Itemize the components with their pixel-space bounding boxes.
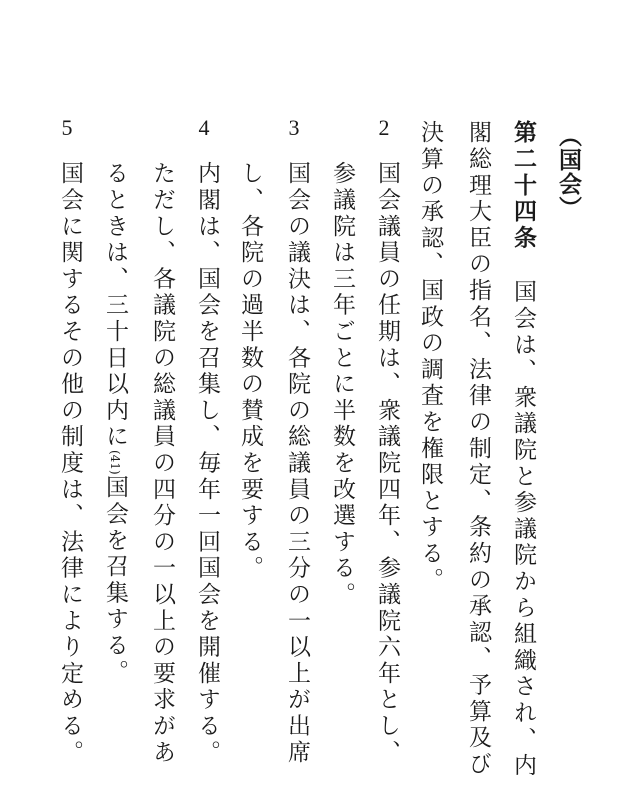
article-number: 第二十四条 <box>510 120 537 252</box>
paragraph-3-line-1: 国会の議決は、各院の総議員の三分の一以上が出席 <box>280 161 310 766</box>
article-line-1: 国会は、衆議院と参議院から組織され、内 <box>510 280 536 780</box>
article-line-2: 閣総理大臣の指名、法律の制定、条約の承認、予算及び <box>461 120 491 778</box>
paragraph-2-number: 2 <box>369 117 399 139</box>
paragraph-4-line-1: 内閣は、国会を召集し、毎年一回国会を開催する。 <box>190 161 220 766</box>
paragraph-4-number: 4 <box>189 117 219 139</box>
page-marker: (41) <box>102 450 128 475</box>
paragraph-4-line-2: ただし、各議院の総議員の四分の一以上の要求があ <box>145 161 175 766</box>
paragraph-5-number: 5 <box>52 117 82 139</box>
article-first-line: 第二十四条国会は、衆議院と参議院から組織され、内 <box>506 120 536 779</box>
paragraph-4-line-4-text: 国会を召集する。 <box>102 475 128 685</box>
paragraph-4-line-3-text: るときは、三十日以内に <box>102 161 128 450</box>
paragraph-2-line-1: 国会議員の任期は、衆議院四年、参議院六年とし、 <box>370 161 400 766</box>
section-heading: （国会） <box>551 124 581 220</box>
paragraph-3-number: 3 <box>279 117 309 139</box>
article-line-3: 決算の承認、国政の調査を権限とする。 <box>413 120 443 593</box>
paragraph-3-line-2: し、各院の過半数の賛成を要する。 <box>233 161 263 582</box>
paragraph-2-line-2: 参議院は三年ごとに半数を改選する。 <box>325 161 355 608</box>
paragraph-5-line-1: 国会に関するその他の制度は、法律により定める。 <box>53 161 83 766</box>
paragraph-4-line-3: るときは、三十日以内に(41)国会を召集する。 <box>98 161 128 685</box>
